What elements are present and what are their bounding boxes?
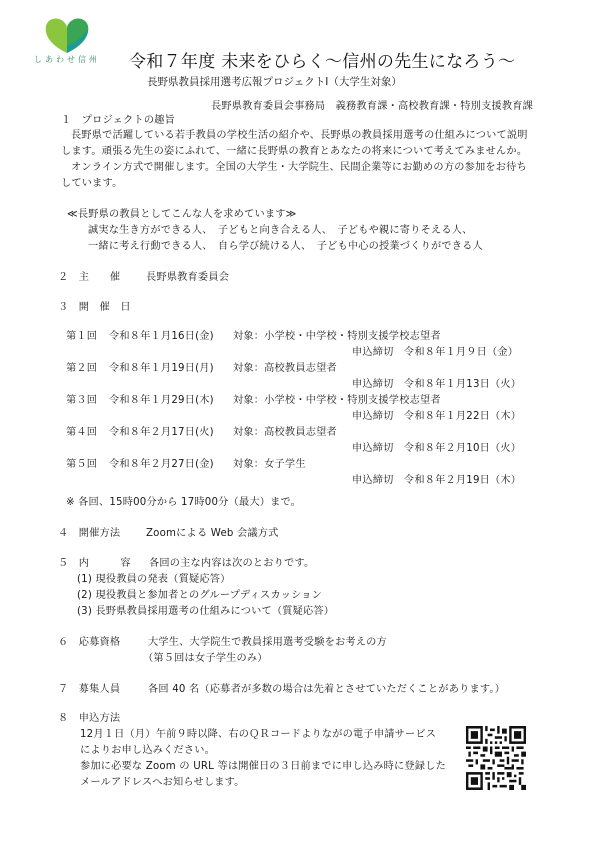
session-number: 第１回 — [66, 330, 97, 344]
session-date: 令和８年１月16日(金) — [109, 330, 214, 344]
application-qr-code[interactable] — [466, 726, 526, 790]
content-item: (2) 現役教員と参加者とのグループディスカッション — [77, 589, 322, 603]
section1-text: 長野県で活躍している若手教員の学校生活の紹介や、長野県の教員採用選考の仕組みにつ… — [71, 129, 528, 143]
page-title: 令和７年度 未来をひらく～信州の先生になろう～ — [129, 51, 515, 73]
section8-text: 参加に必要な Zoom の URL 等は開催日の３日前までに申し込み時に登録した — [80, 760, 446, 774]
session-number: 第３回 — [66, 394, 97, 408]
content-item: (3) 長野県教員採用選考の仕組みについて（質疑応答） — [77, 605, 334, 619]
session-deadline: 申込締切 令和８年１月９日（金） — [352, 346, 518, 360]
qr-code-icon — [466, 726, 526, 790]
session-date: 令和８年２月17日(火) — [109, 426, 214, 440]
shiawase-shinshu-logo: しあわせ信州 — [32, 16, 102, 74]
section6-label: ６ 応募資格 — [58, 636, 120, 650]
section1-text: オンライン方式で開催します。全国の大学生・大学院生、民間企業等にお勤めの方の参加… — [71, 161, 527, 175]
wanted-list: 一緒に考え行動できる人、 自ら学び続ける人、 子ども中心の授業づくりができる人 — [88, 240, 483, 254]
session-number: 第４回 — [66, 426, 97, 440]
section6-value: 大学生、大学院生で教員採用選考受験をお考えの方 — [148, 636, 387, 650]
section1-heading: １ プロジェクトの趣旨 — [61, 114, 175, 128]
section2-value: 長野県教育委員会 — [146, 271, 229, 285]
section5-value: 各回の主な内容は次のとおりです。 — [149, 557, 314, 571]
session-target: 対象：高校教員志望者 — [233, 362, 337, 376]
content-item: (1) 現役教員の発表（質疑応答） — [77, 573, 231, 587]
section7-label: ７ 募集人員 — [58, 683, 120, 697]
section7-value: 各回 40 名（応募者が多数の場合は先着とさせていただくことがあります。） — [148, 683, 505, 697]
session-date: 令和８年１月19日(月) — [109, 362, 214, 376]
section4-label: ４ 開催方法 — [58, 527, 120, 541]
session-number: 第２回 — [66, 362, 97, 376]
session-number: 第５回 — [66, 458, 97, 472]
session-date: 令和８年１月29日(木) — [109, 394, 214, 408]
session-target: 対象：高校教員志望者 — [233, 426, 337, 440]
session-deadline: 申込締切 令和８年２月19日（木） — [352, 474, 521, 488]
section4-value: Zoomによる Web 会議方式 — [146, 527, 279, 541]
page-subtitle: 長野県教員採用選考広報プロジェクトⅠ（大学生対象） — [147, 75, 402, 89]
session-time-note: ※ 各回、15時00分から 17時00分（最大）まで。 — [66, 496, 301, 510]
section8-text: 12月１日（月）午前９時以降、右のＱＲコードよりながの電子申請サービス — [80, 728, 436, 742]
wanted-list: 誠実な生き方ができる人、 子どもと向き合える人、 子どもや親に寄りそえる人、 — [88, 224, 473, 238]
section5-label: ５ 内 容 — [58, 557, 131, 571]
section3-label: ３ 開 催 日 — [58, 301, 131, 315]
session-target: 対象：女子学生 — [233, 458, 306, 472]
session-deadline: 申込締切 令和８年１月13日（火） — [352, 378, 521, 392]
session-deadline: 申込締切 令和８年２月10日（火） — [352, 442, 521, 456]
organization: 長野県教育委員会事務局 義務教育課・高校教育課・特別支援教育課 — [211, 100, 533, 114]
session-date: 令和８年２月27日(金) — [109, 458, 214, 472]
section6-note: （第５回は女子学生のみ） — [143, 652, 268, 666]
section1-text: します。頑張る先生の姿にふれて、一緒に長野県の教育とあなたの将来について考えてみ… — [61, 145, 527, 159]
section8-text: メールアドレスへお知らせします。 — [80, 776, 245, 790]
logo-text: しあわせ信州 — [34, 54, 100, 65]
section8-label: ８ 申込方法 — [58, 712, 120, 726]
session-target: 対象：小学校・中学校・特別支援学校志望者 — [233, 394, 441, 408]
wanted-heading: ≪長野県の教員としてこんな人を求めています≫ — [67, 208, 296, 222]
session-target: 対象：小学校・中学校・特別支援学校志望者 — [233, 330, 441, 344]
session-deadline: 申込締切 令和８年１月22日（木） — [352, 410, 521, 424]
section8-text: によりお申し込みください。 — [80, 744, 215, 758]
heart-leaf-icon — [42, 16, 92, 54]
section1-text: しています。 — [61, 177, 123, 191]
section2-label: ２ 主 催 — [58, 271, 120, 285]
